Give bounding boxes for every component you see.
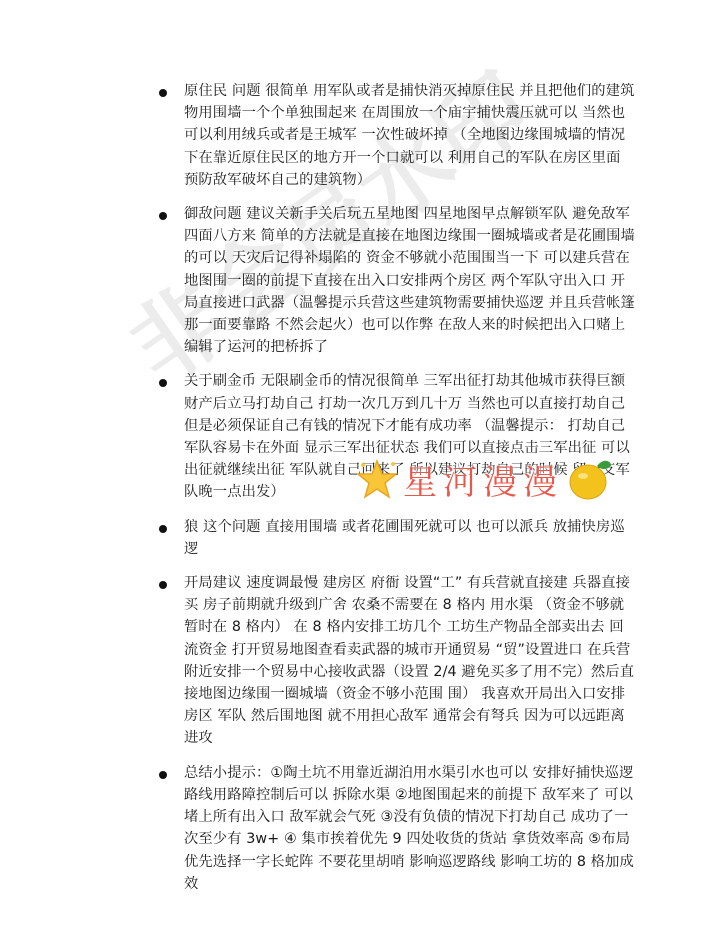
list-item-text: 御敌问题 建议关新手关后玩五星地图 四星地图早点解锁军队 避免敌军四面八方来 简… (184, 206, 635, 355)
list-item-text: 原住民 问题 很简单 用军队或者是捕快消灭掉原住民 并且把他们的建筑物用围墙一个… (184, 83, 634, 188)
list-item-opening: 开局建议 速度调最慢 建房区 府衙 设置“工” 有兵营就直接建 兵器直接买 房子… (155, 572, 635, 750)
bullet-icon (159, 212, 167, 220)
document-page: 非会员水印 原住民 问题 很简单 用军队或者是捕快消灭掉原住民 并且把他们的建筑… (0, 0, 720, 931)
list-item-natives: 原住民 问题 很简单 用军队或者是捕快消灭掉原住民 并且把他们的建筑物用围墙一个… (155, 80, 635, 191)
star-icon (355, 457, 399, 501)
list-item-defense: 御敌问题 建议关新手关后玩五星地图 四星地图早点解锁军队 避免敌军四面八方来 简… (155, 203, 635, 358)
bullet-icon (159, 89, 167, 97)
list-item-summary: 总结小提示：①陶土坑不用靠近湖泊用水渠引水也可以 安排好捕快巡逻路线用路障控制后… (155, 762, 635, 895)
bullet-icon (159, 525, 167, 533)
bullet-icon (159, 581, 167, 589)
bullet-icon (159, 379, 167, 387)
bullet-icon (159, 771, 167, 779)
list-item-text: 总结小提示：①陶土坑不用靠近湖泊用水渠引水也可以 安排好捕快巡逻路线用路障控制后… (184, 765, 634, 892)
lemon-icon (567, 456, 613, 502)
list-item-text: 开局建议 速度调最慢 建房区 府衙 设置“工” 有兵营就直接建 兵器直接买 房子… (184, 575, 634, 746)
list-item-wolves: 狼 这个问题 直接用围墙 或者花圃围死就可以 也可以派兵 放捕快房巡逻 (155, 516, 635, 560)
list-item-text: 狼 这个问题 直接用围墙 或者花圃围死就可以 也可以派兵 放捕快房巡逻 (184, 519, 625, 557)
sticker-label: 星河漫漫 (355, 455, 613, 503)
sticker-text: 星河漫漫 (403, 455, 563, 504)
